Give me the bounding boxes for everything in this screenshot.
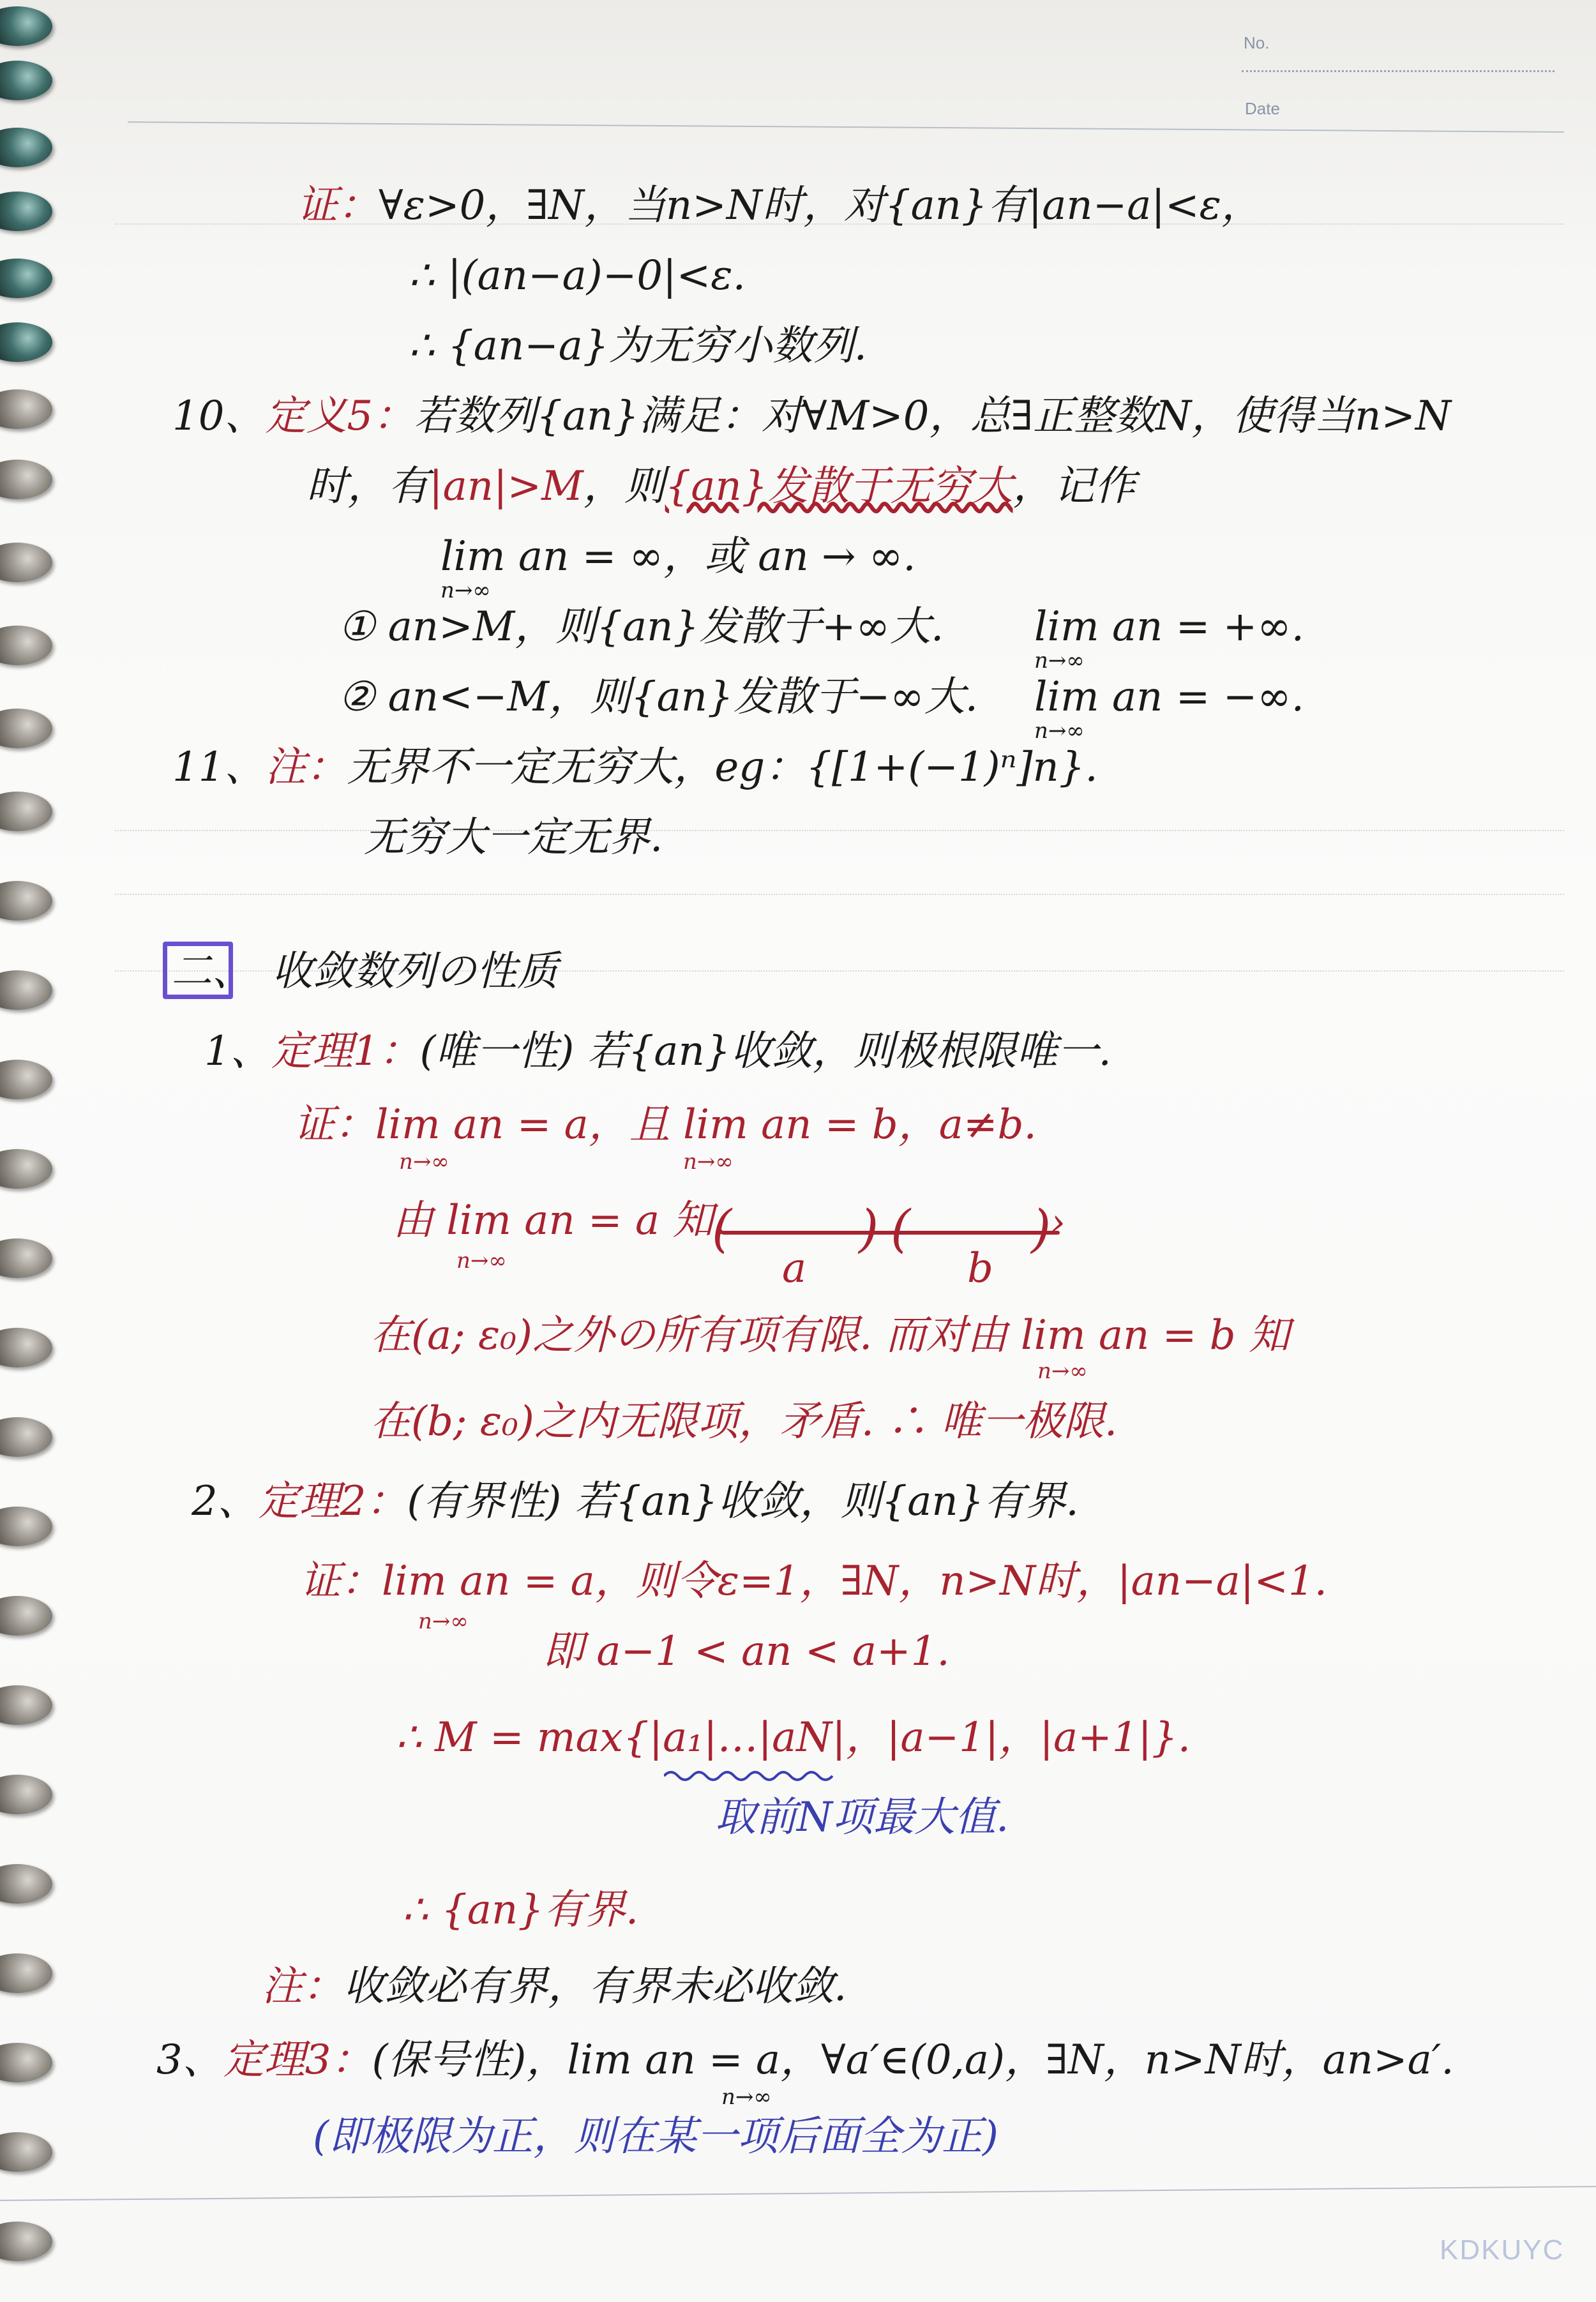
definition-label: 定义5：: [265, 393, 414, 440]
definition-5-cont: 时，有|an|>M，则{an}发散于无穷大，记作: [306, 466, 1135, 507]
spiral-ring-icon: [0, 1864, 52, 1904]
limit-subscript: n→∞: [440, 578, 491, 603]
theorem-1-proof-4: 在(b; ε₀)之内无限项，矛盾. ∴ 唯一极限.: [370, 1401, 1117, 1442]
spiral-ring-icon: [0, 2132, 52, 2172]
ruled-line: [115, 894, 1564, 895]
no-field-line: [1242, 70, 1555, 72]
spiral-ring-icon: [0, 6, 52, 46]
point-a: a: [782, 1248, 806, 1289]
case-1: ① an>M，则{an}发散于+∞大.: [338, 606, 944, 647]
spiral-ring-icon: [0, 2222, 52, 2261]
spiral-ring-icon: [0, 128, 52, 167]
spiral-ring-icon: [0, 1685, 52, 1725]
spiral-ring-icon: [0, 1953, 52, 1993]
spiral-ring-icon: [0, 192, 52, 231]
spiral-ring-icon: [0, 1775, 52, 1814]
spiral-ring-icon: [0, 1149, 52, 1189]
annotation-max-first-n: 取前N项最大值.: [715, 1797, 1009, 1838]
theorem-3-note: (即极限为正，则在某一项后面全为正): [313, 2116, 998, 2157]
header-divider: [128, 121, 1564, 133]
no-label: No.: [1244, 33, 1269, 53]
ruled-line: [115, 830, 1564, 831]
spiral-ring-icon: [0, 259, 52, 298]
case-1-limit: lim an = +∞.: [1034, 606, 1304, 647]
case-2: ② an<−M，则{an}发散于−∞大.: [338, 677, 978, 718]
spiral-ring-icon: [0, 1328, 52, 1367]
spiral-ring-icon: [0, 792, 52, 831]
spiral-ring-icon: [0, 970, 52, 1010]
note-11-cont: 无穷大一定无界.: [364, 817, 663, 858]
spiral-ring-icon: [0, 322, 52, 362]
spiral-ring-icon: [0, 389, 52, 429]
proof-line-1: 证：∀ε>0，∃N，当n>N时，对{an}有|an−a|<ε，: [297, 185, 1262, 226]
proof-line-2: ∴ |(an−a)−0|<ε.: [409, 255, 746, 296]
theorem-3: 3、定理3：(保号性)，lim an = a，∀a′∈(0,a)，∃N，n>N时…: [156, 2040, 1454, 2080]
theorem-1-proof-1: 证：lim an = a，且 lim an = b，a≠b.: [294, 1104, 1037, 1145]
proof-label: 证：: [297, 182, 379, 229]
note-bounded: 注：收敛必有界，有界未必收敛.: [262, 1966, 847, 2007]
spiral-ring-icon: [0, 2043, 52, 2082]
limit-notation: lim an = ∞，或 an → ∞.: [440, 536, 916, 577]
theorem-2-proof-2: 即 a−1 < an < a+1.: [543, 1631, 950, 1672]
spiral-ring-icon: [0, 881, 52, 921]
spiral-ring-icon: [0, 709, 52, 748]
point-b: b: [967, 1248, 993, 1289]
theorem-2-proof-1: 证：lim an = a，则令ε=1，∃N，n>N时，|an−a|<1.: [300, 1561, 1327, 1602]
spiral-ring-icon: [0, 1596, 52, 1636]
theorem-1-proof-3: 在(a; ε₀)之外の所有项有限. 而对由 lim an = b 知: [370, 1315, 1290, 1356]
spiral-ring-icon: [0, 61, 52, 100]
theorem-1-proof-2: 由 lim an = a 知.: [393, 1200, 726, 1241]
theorem-2: 2、定理2：(有界性) 若{an}收敛，则{an}有界.: [192, 1481, 1079, 1522]
spiral-ring-icon: [0, 543, 52, 582]
date-label: Date: [1245, 99, 1280, 119]
page-bottom-rule: [0, 2186, 1596, 2201]
spiral-ring-icon: [0, 1417, 52, 1457]
theorem-2-proof-3: ∴ M = max{|a₁|…|aN|，|a−1|，|a+1|}.: [396, 1717, 1191, 1758]
arrow-right-icon: ›: [1050, 1200, 1065, 1245]
case-2-limit: lim an = −∞.: [1034, 677, 1304, 718]
spiral-ring-icon: [0, 1507, 52, 1546]
spiral-ring-icon: [0, 1060, 52, 1099]
watermark: KDKUYC: [1440, 2234, 1564, 2266]
definition-5: 10、定义5：若数列{an}满足：对∀M>0，总∃正整数N，使得当n>N: [172, 396, 1451, 437]
theorem-1: 1、定理1：(唯一性) 若{an}收敛，则极根限唯一.: [204, 1031, 1111, 1072]
spiral-ring-icon: [0, 460, 52, 499]
note-11: 11、注：无界不一定无穷大，eg：{[1+(−1)ⁿ]n}.: [172, 747, 1098, 788]
spiral-ring-icon: [0, 1238, 52, 1278]
spiral-ring-icon: [0, 626, 52, 665]
theorem-2-conclusion: ∴ {an}有界.: [402, 1890, 638, 1930]
proof-line-3: ∴ {an−a}为无穷小数列.: [409, 326, 867, 366]
notebook-page: No. Date 证：∀ε>0，∃N，当n>N时，对{an}有|an−a|<ε，…: [0, 0, 1596, 2302]
wavy-underline: [664, 1768, 836, 1784]
section-heading: 二、收敛数列の性质: [171, 951, 558, 992]
